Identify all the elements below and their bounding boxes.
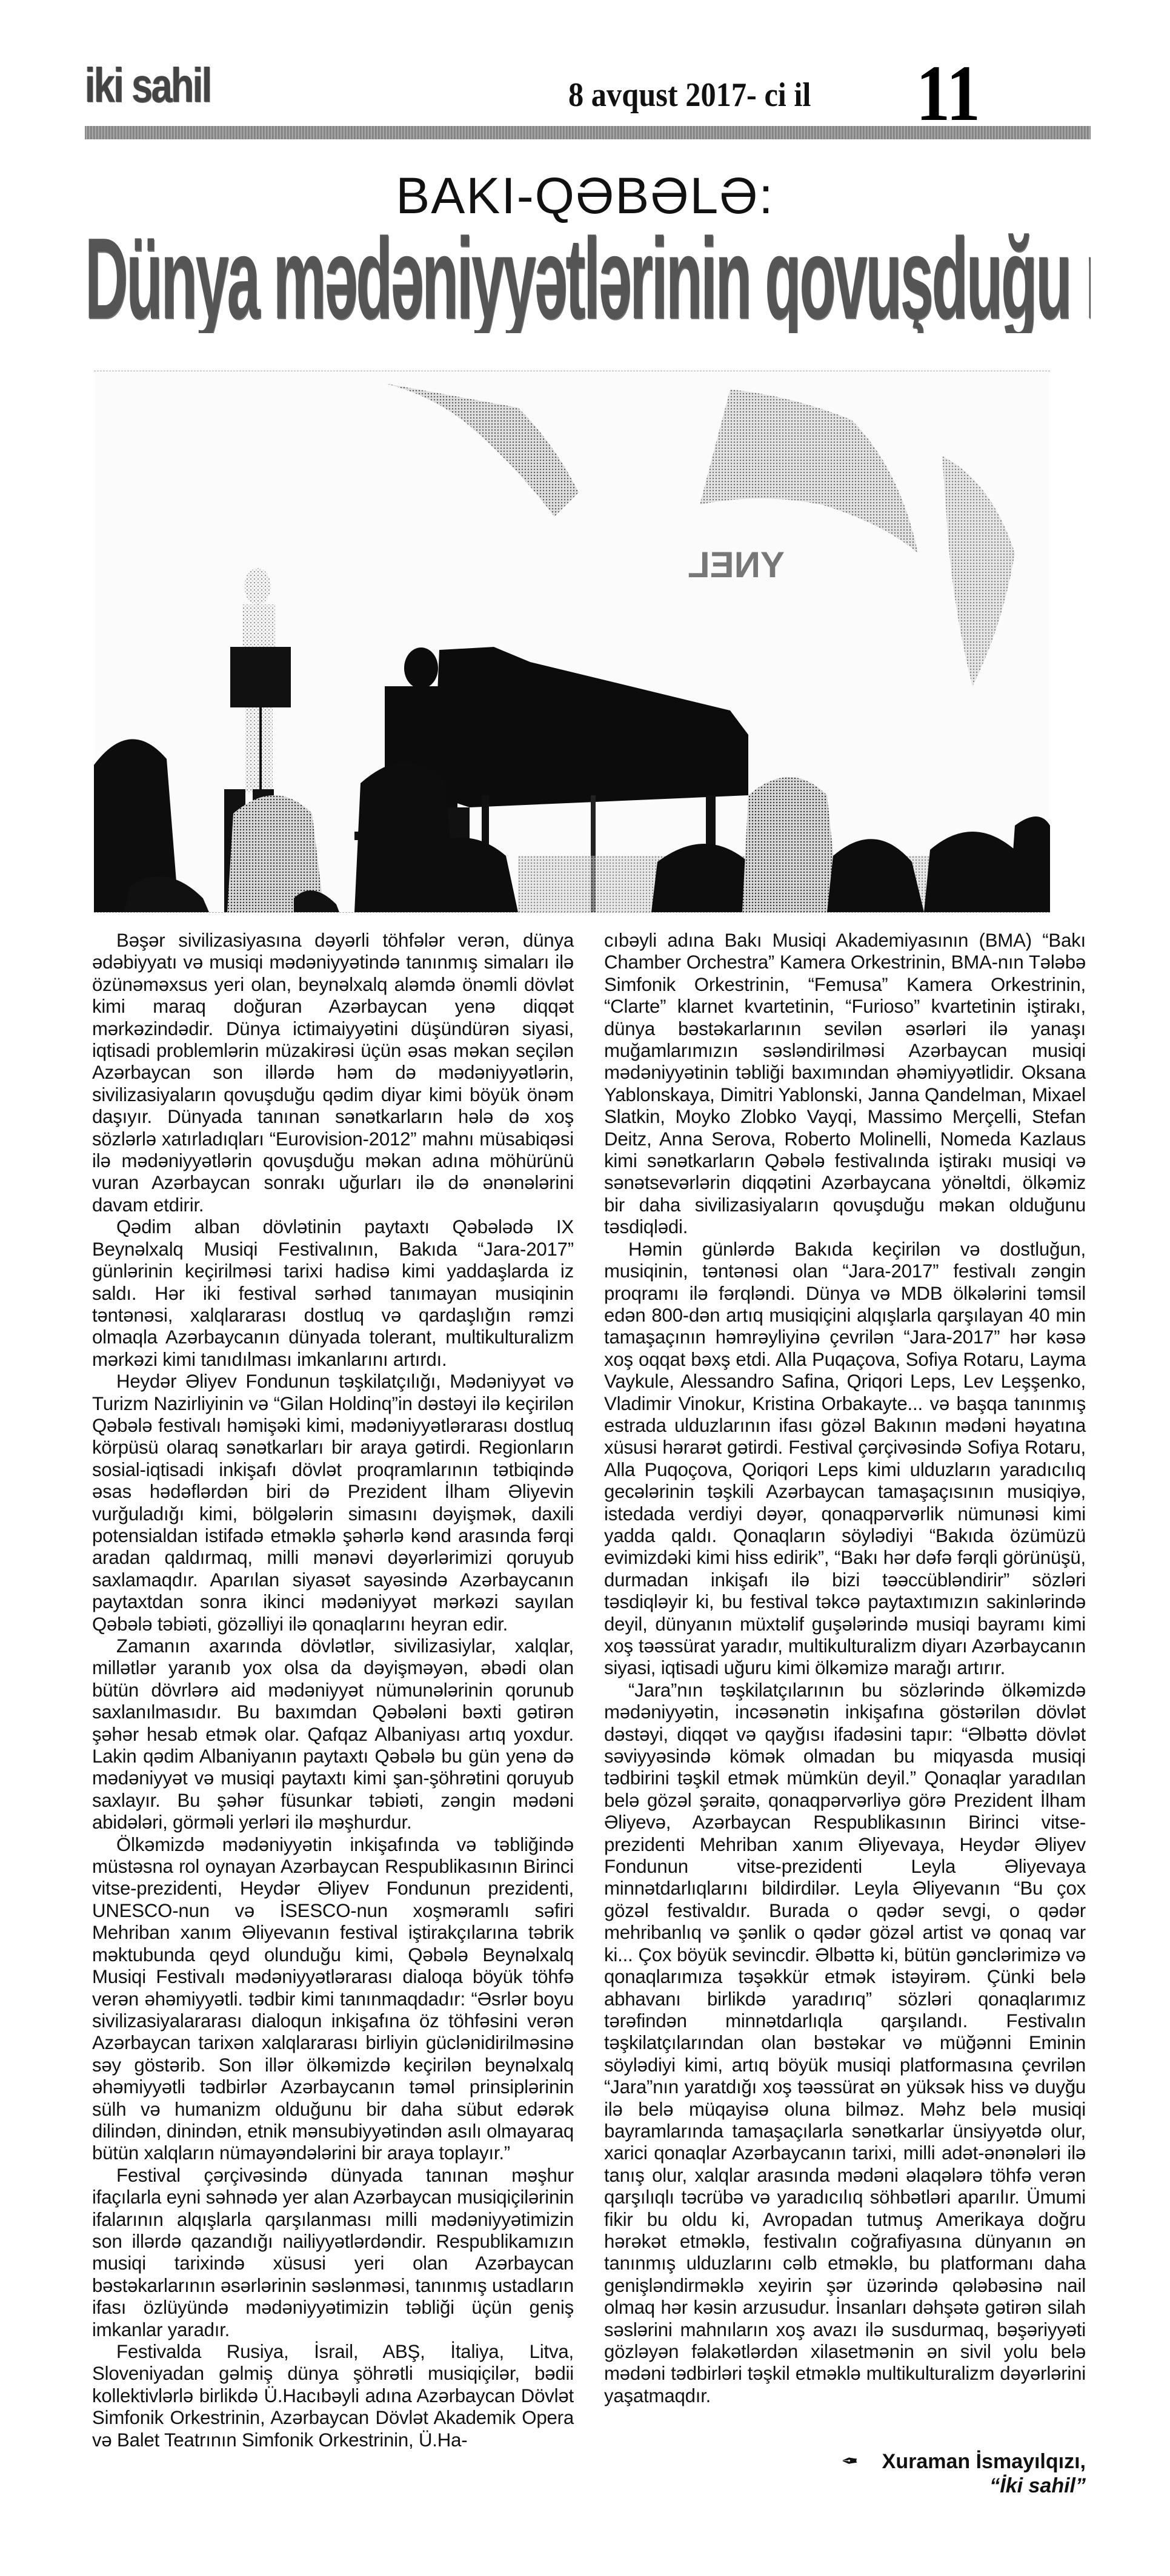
newspaper-logo: iki sahil bbox=[85, 58, 211, 113]
issue-date: 8 avqust 2017- ci il bbox=[568, 76, 811, 114]
concert-photo-illustration: YNEL bbox=[94, 371, 1050, 912]
paragraph: Festivalda Rusiya, İsrail, ABŞ, İtaliya,… bbox=[92, 2341, 574, 2451]
paragraph: Ölkəmizdə mədəniyyətin inkişafında və tə… bbox=[92, 1834, 574, 2165]
author-name: Xuraman İsmayılqızı, bbox=[882, 2450, 1086, 2473]
paragraph: Qədim alban dövlətinin paytaxtı Qəbələdə… bbox=[92, 1216, 574, 1371]
article-photo: YNEL bbox=[94, 371, 1050, 913]
paragraph: Zamanın axarında dövlətlər, sivilizasiyl… bbox=[92, 1635, 574, 1834]
paragraph: “Jara”nın təşkilatçılarının bu sözlərind… bbox=[604, 1680, 1086, 2407]
paragraph: cıbəyli adına Bakı Musiqi Akademiyasının… bbox=[604, 930, 1086, 1239]
article-body: Bəşər sivilizasiyasına dəyərli töhfələr … bbox=[92, 930, 1086, 2498]
svg-text:YNEL: YNEL bbox=[688, 545, 785, 585]
headline-text: Dünya mədəniyyətlərinin qovuşduğu məkanl… bbox=[85, 224, 1091, 333]
masthead-divider bbox=[85, 126, 1091, 139]
paragraph: Həmin günlərdə Bakıda keçirilən və dostl… bbox=[604, 1239, 1086, 1680]
right-column: cıbəyli adına Bakı Musiqi Akademiyasının… bbox=[604, 930, 1086, 2498]
paragraph: Festival çərçivəsində dünyada tanınan mə… bbox=[92, 2165, 574, 2341]
masthead: iki sahil 8 avqust 2017- ci il 11 bbox=[85, 58, 1091, 124]
byline-source: “İki sahil” bbox=[604, 2474, 1086, 2498]
article-headline: Dünya mədəniyyətlərinin qovuşduğu məkanl… bbox=[85, 224, 1091, 333]
pen-icon: ✒ bbox=[841, 2449, 859, 2474]
left-column: Bəşər sivilizasiyasına dəyərli töhfələr … bbox=[92, 930, 574, 2498]
article-kicker: BAKI-QƏBƏLƏ: bbox=[0, 167, 1170, 225]
paragraph: Bəşər sivilizasiyasına dəyərli töhfələr … bbox=[92, 930, 574, 1216]
byline: ✒ Xuraman İsmayılqızı, “İki sahil” bbox=[604, 2449, 1086, 2498]
paragraph: Heydər Əliyev Fondunun təşkilatçılığı, M… bbox=[92, 1371, 574, 1635]
